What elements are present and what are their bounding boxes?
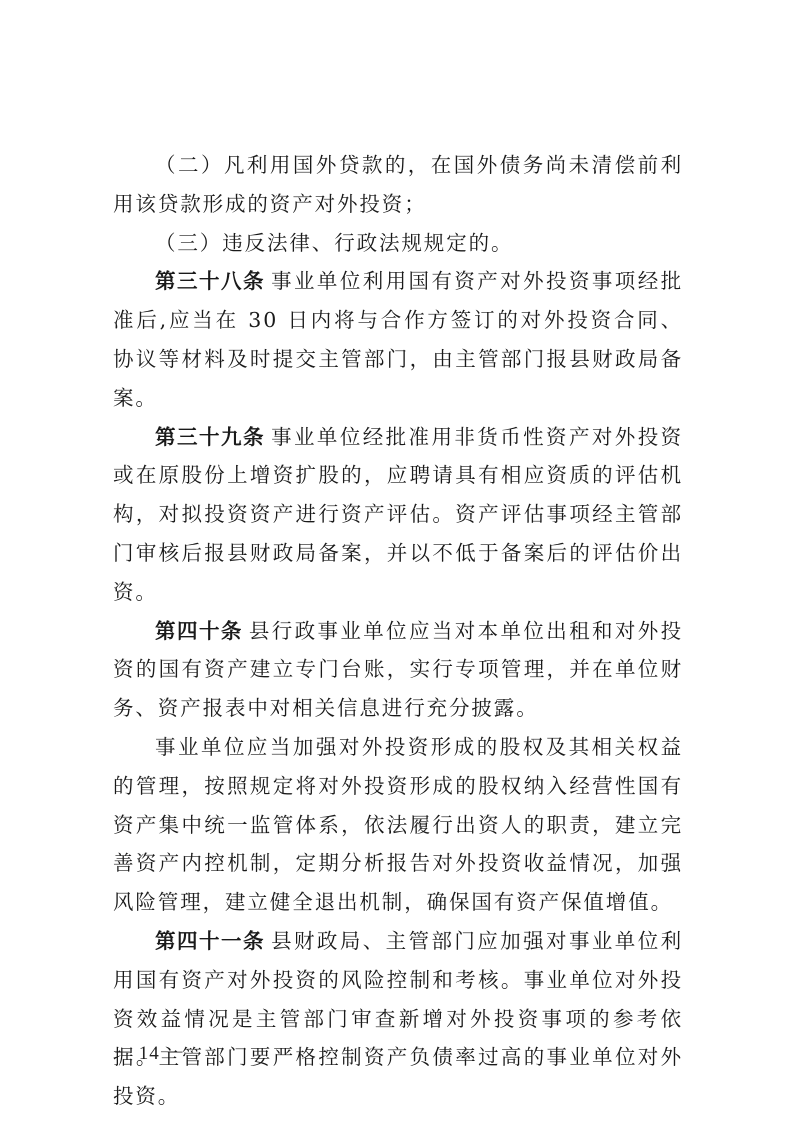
paragraph-text: （二）凡利用国外贷款的，在国外债务尚未清偿前利用该贷款形成的资产对外投资； — [113, 153, 683, 216]
article-40: 第四十条县行政事业单位应当对本单位出租和对外投资的国有资产建立专门台账，实行专项… — [113, 612, 683, 728]
article-heading: 第四十一条 — [155, 929, 265, 953]
paragraph-text: 事业单位经批准用非货币性资产对外投资或在原股份上增资扩股的，应聘请具有相应资质的… — [113, 425, 683, 604]
article-41: 第四十一条县财政局、主管部门应加强对事业单位利用国有资产对外投资的风险控制和考核… — [113, 922, 683, 1116]
paragraph-item-2: （二）凡利用国外贷款的，在国外债务尚未清偿前利用该贷款形成的资产对外投资； — [113, 146, 683, 224]
article-heading: 第三十九条 — [155, 425, 265, 449]
document-page-body: （二）凡利用国外贷款的，在国外债务尚未清偿前利用该贷款形成的资产对外投资； （三… — [113, 146, 683, 1116]
article-heading: 第四十条 — [155, 619, 243, 643]
article-39: 第三十九条事业单位经批准用非货币性资产对外投资或在原股份上增资扩股的，应聘请具有… — [113, 418, 683, 612]
paragraph-text: （三）违反法律、行政法规规定的。 — [155, 231, 513, 255]
paragraph-text: 事业单位应当加强对外投资形成的股权及其相关权益的管理，按照规定将对外投资形成的股… — [113, 735, 683, 914]
page-number: － 14 － — [113, 1038, 186, 1065]
paragraph-item-3: （三）违反法律、行政法规规定的。 — [113, 224, 683, 263]
article-40-paragraph-2: 事业单位应当加强对外投资形成的股权及其相关权益的管理，按照规定将对外投资形成的股… — [113, 728, 683, 922]
article-heading: 第三十八条 — [155, 269, 265, 293]
article-38: 第三十八条事业单位利用国有资产对外投资事项经批准后,应当在 30 日内将与合作方… — [113, 262, 683, 417]
paragraph-text: 县财政局、主管部门应加强对事业单位利用国有资产对外投资的风险控制和考核。事业单位… — [113, 929, 683, 1108]
